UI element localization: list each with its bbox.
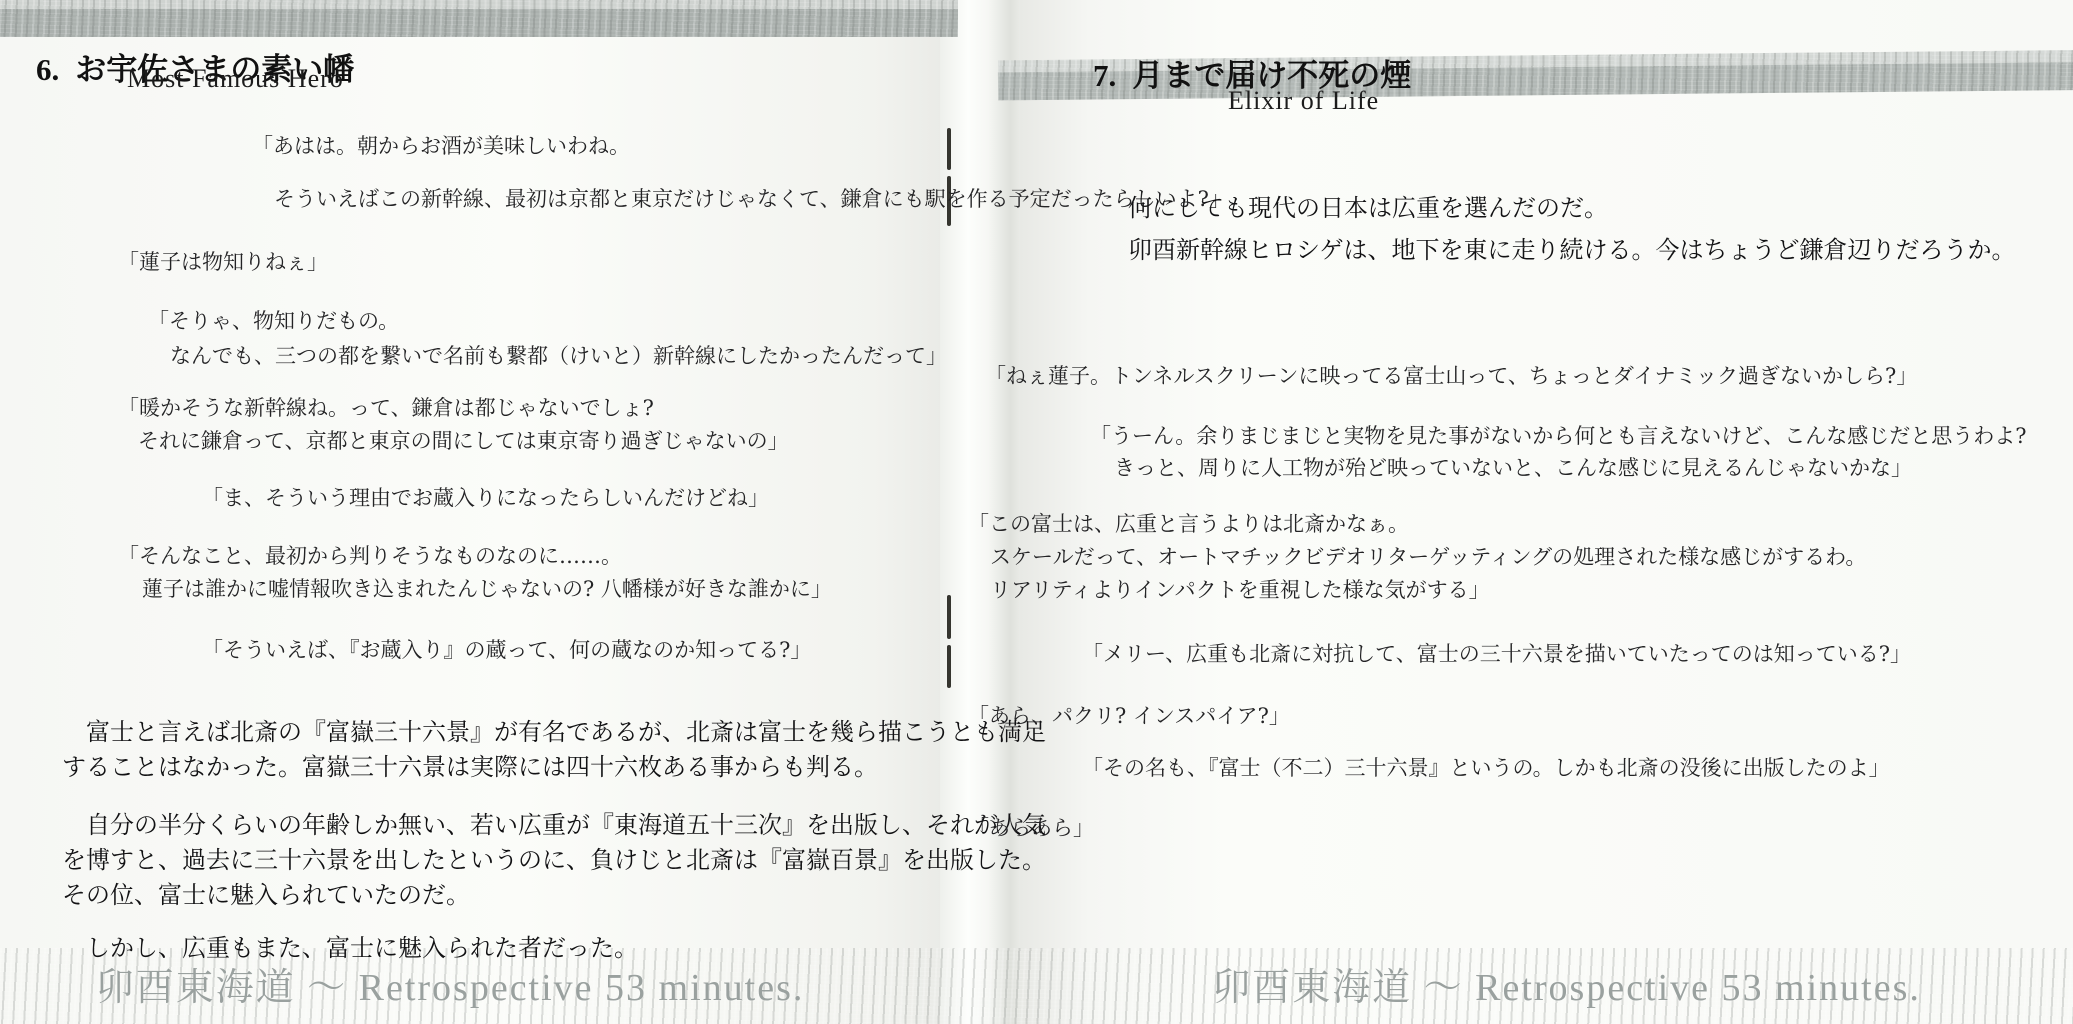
dialogue-line: 「メリー、広重も北斎に対抗して、富士の三十六景を描いていたってのは知っている?」 xyxy=(1082,638,1911,668)
narration-line: その位、富士に魅入られていたのだ。 xyxy=(62,875,470,910)
dialogue-line: 「ま、そういう理由でお蔵入りになったらしいんだけどね」 xyxy=(202,482,769,512)
dialogue-line: それに鎌倉って、京都と東京の間にしては東京寄り過ぎじゃないの」 xyxy=(138,425,789,455)
dialogue-line: 「蓮子は物知りねぇ」 xyxy=(118,246,328,276)
dialogue-line: 「あらあら」 xyxy=(968,812,1094,842)
dialogue-line: きっと、周りに人工物が殆ど映っていないと、こんな感じに見えるんじゃないかな」 xyxy=(1114,452,1912,482)
dialogue-line: そういえばこの新幹線、最初は京都と東京だけじゃなくて、鎌倉にも駅を作る予定だった… xyxy=(274,183,1230,213)
track-number: 6. xyxy=(36,52,59,87)
top-band xyxy=(0,9,958,37)
staple-bottom xyxy=(947,595,951,639)
top-band xyxy=(0,0,958,9)
narration-line: 何にしても現代の日本は広重を選んだのだ。 xyxy=(1128,188,1608,223)
dialogue-line: 「あはは。朝からお酒が美味しいわね。 xyxy=(252,130,630,160)
narration-line: を博すと、過去に三十六景を出したというのに、負けじと北斎は『富嶽百景』を出版した… xyxy=(62,840,1046,875)
dialogue-line: 「あら、パクリ? インスパイア?」 xyxy=(968,700,1290,730)
narration-line: 富士と言えば北斎の『富嶽三十六景』が有名であるが、北斎は富士を幾ら描こうとも満足 xyxy=(86,712,1046,747)
dialogue-line: 「うーん。余りまじまじと実物を見た事がないから何とも言えないけど、こんな感じだと… xyxy=(1090,420,2027,450)
dialogue-line: 蓮子は誰かに嘘情報吹き込まれたんじゃないの? 八幡様が好きな誰かに」 xyxy=(142,573,832,603)
dialogue-line: 「ねぇ蓮子。トンネルスクリーンに映ってる富士山って、ちょっとダイナミック過ぎない… xyxy=(985,360,1917,390)
dialogue-line: 「この富士は、広重と言うよりは北斎かなぁ。 xyxy=(968,508,1409,538)
staple-top xyxy=(947,128,951,170)
booklet-scan: 6.お宇佐さまの素い幡 Most Famous Hero 「あはは。朝からお酒が… xyxy=(0,0,2073,1024)
track-subtitle-left: Most Famous Hero xyxy=(127,64,344,94)
narration-line: 卯酉新幹線ヒロシゲは、地下を東に走り続ける。今はちょうど鎌倉辺りだろうか。 xyxy=(1128,230,2016,265)
staple-bottom xyxy=(947,645,951,688)
narration-line: 自分の半分くらいの年齢しか無い、若い広重が『東海道五十三次』を出版し、それが人気 xyxy=(86,805,1046,840)
dialogue-line: 「暖かそうな新幹線ね。って、鎌倉は都じゃないでしょ? xyxy=(118,392,654,422)
dialogue-line: 「そんなこと、最初から判りそうなものなのに……。 xyxy=(118,540,622,570)
dialogue-line: 「そういえば、『お蔵入り』の蔵って、何の蔵なのか知ってる?」 xyxy=(202,634,811,664)
dialogue-line: 「その名も、『富士（不二）三十六景』というの。しかも北斎の没後に出版したのよ」 xyxy=(1082,752,1890,782)
dialogue-line: スケールだって、オートマチックビデオリターゲッティングの処理された様な感じがする… xyxy=(990,541,1866,571)
dialogue-line: 「そりゃ、物知りだもの。 xyxy=(148,305,399,335)
narration-line: することはなかった。富嶽三十六景は実際には四十六枚ある事からも判る。 xyxy=(62,747,878,782)
track-subtitle-right: Elixir of Life xyxy=(1228,86,1379,116)
album-footer-left: 卯酉東海道 ～ Retrospective 53 minutes. xyxy=(0,958,900,1018)
dialogue-line: リアリティよりインパクトを重視した様な気がする」 xyxy=(990,574,1490,604)
track-number: 7. xyxy=(1093,58,1116,93)
album-footer-right: 卯酉東海道 ～ Retrospective 53 minutes. xyxy=(1060,958,2073,1018)
dialogue-line: なんでも、三つの都を繋いで名前も繋都（けいと）新幹線にしたかったんだって」 xyxy=(170,340,947,370)
